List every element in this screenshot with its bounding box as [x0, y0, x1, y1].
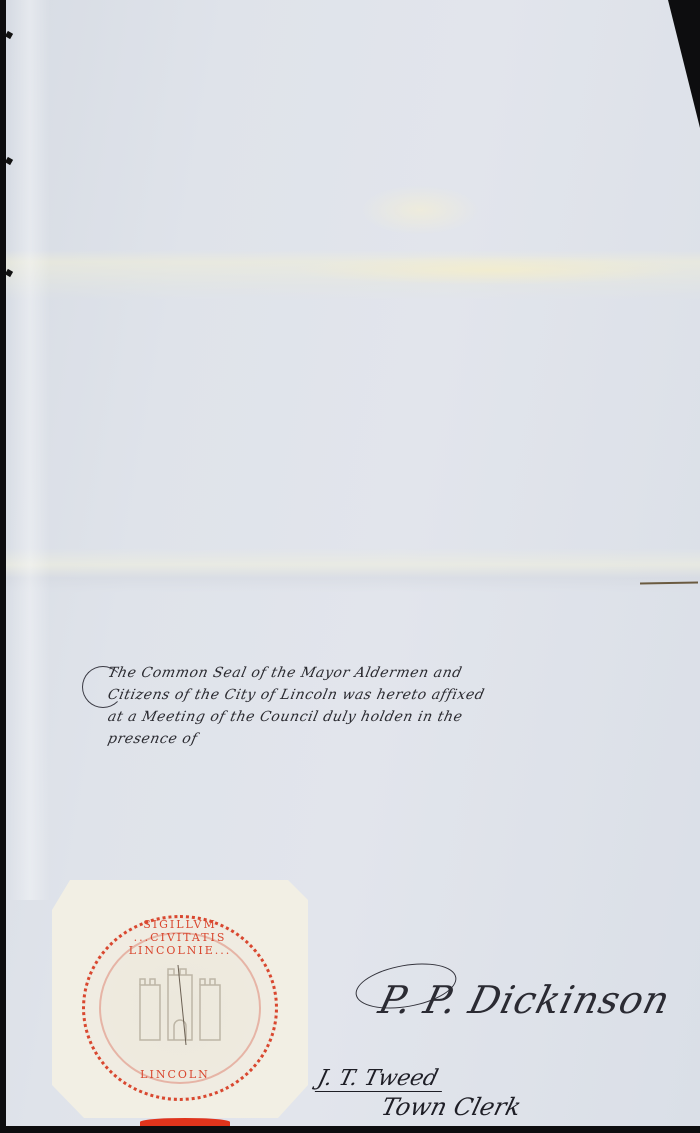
clerk-title: Town Clerk	[379, 1093, 524, 1121]
wax-drip	[140, 1118, 230, 1126]
paper-stain	[360, 185, 480, 235]
clerk-signature: J. T. Tweed	[315, 1066, 449, 1092]
castle-icon	[130, 955, 230, 1055]
seal-legend: SIGILLVM ...CIVITATIS LINCOLNIE...	[100, 918, 260, 957]
attestation-line: presence of	[106, 728, 591, 750]
seal-legend-bottom: LINCOLN	[140, 1068, 210, 1081]
attestation-line: at a Meeting of the Council duly holden …	[106, 706, 591, 728]
attestation-line: Citizens of the City of Lincoln was here…	[106, 684, 591, 706]
fold-stain	[290, 255, 690, 285]
paper-crease	[10, 0, 50, 900]
seal-attestation-text: The Common Seal of the Mayor Aldermen an…	[108, 662, 588, 750]
attestation-line: The Common Seal of the Mayor Aldermen an…	[106, 662, 591, 684]
mayor-signature: P. P. Dickinson	[375, 978, 675, 1022]
